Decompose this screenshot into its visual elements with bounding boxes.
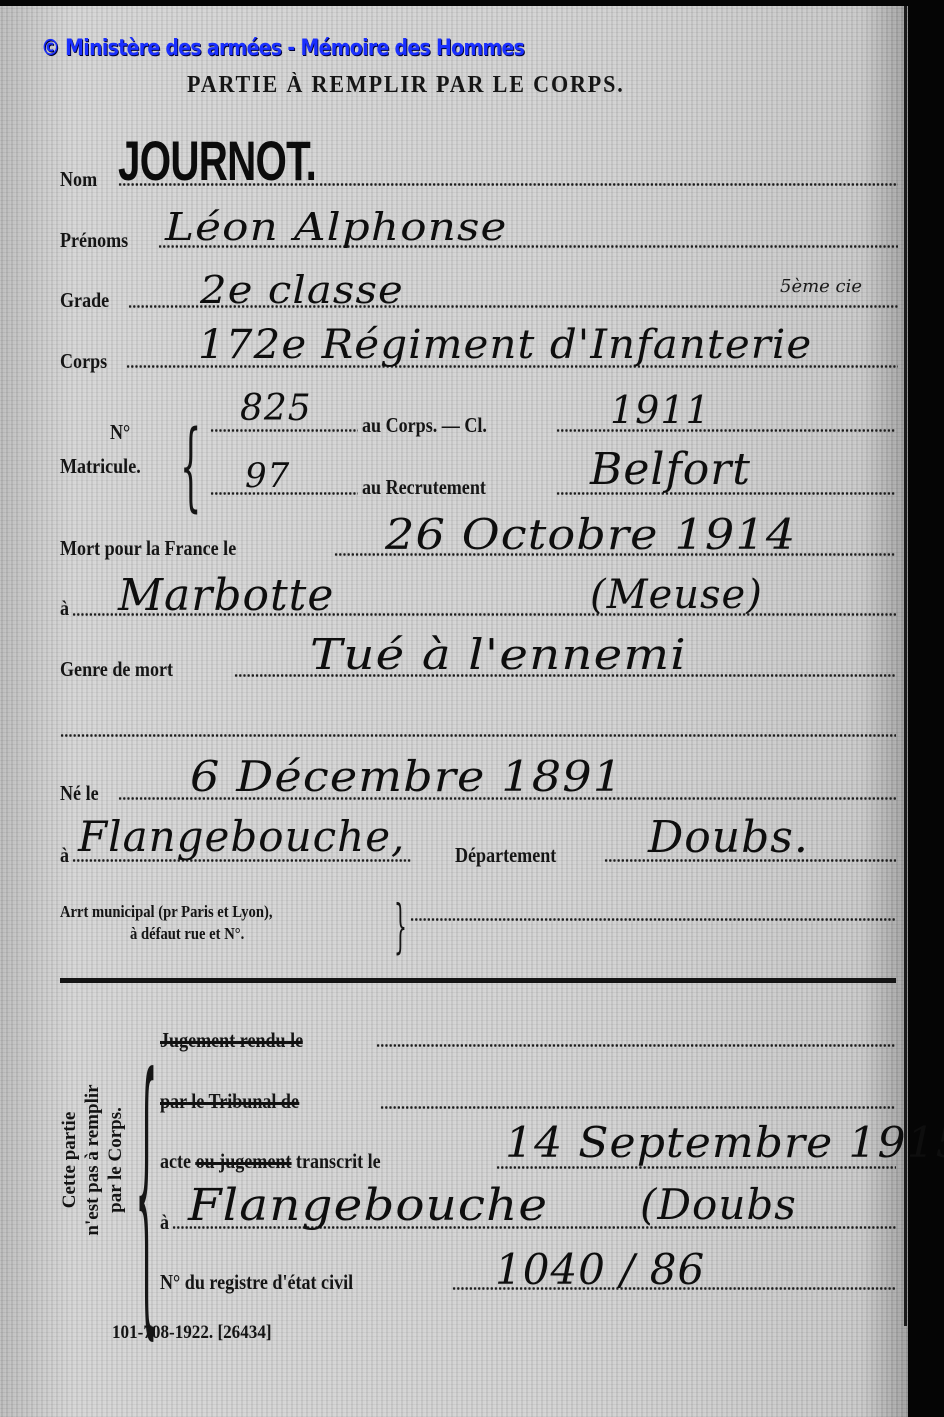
- acte-lieu-departement: (Doubs: [640, 1180, 797, 1229]
- mort-lieu-value: Marbotte: [118, 570, 334, 621]
- departement-value: Doubs.: [648, 812, 809, 863]
- acte-lieu-value: Flangebouche: [188, 1180, 548, 1231]
- genre-mort-label: Genre de mort: [60, 657, 173, 682]
- arrondissement-label: Arrt municipal (pr Paris et Lyon),: [60, 902, 273, 922]
- arrondissement-label-2: à défaut rue et N°.: [130, 924, 244, 944]
- nom-label: Nom: [60, 167, 97, 192]
- classe-value: 1911: [610, 388, 711, 432]
- matricule-corps-line: [210, 429, 358, 432]
- form-header: PARTIE À REMPLIR PAR LE CORPS.: [187, 72, 625, 99]
- prenoms-value: Léon Alphonse: [165, 205, 508, 249]
- blank-line: [60, 734, 896, 737]
- matricule-brace: {: [180, 410, 201, 522]
- recrutement-place: Belfort: [590, 444, 751, 495]
- ne-lieu-value: Flangebouche,: [78, 812, 405, 861]
- jugement-label: Jugement rendu le: [160, 1028, 303, 1053]
- mort-date-value: 26 Octobre 1914: [385, 510, 796, 559]
- recrutement-label: au Recrutement: [362, 475, 486, 500]
- mort-date-label: Mort pour la France le: [60, 536, 236, 561]
- acte-lieu-label: à: [160, 1210, 169, 1235]
- registre-value: 1040 / 86: [495, 1245, 705, 1294]
- departement-label: Département: [455, 843, 556, 868]
- side-note-line-3: par le Corps.: [104, 1060, 127, 1260]
- copyright-watermark: © Ministère des armées - Mémoire des Hom…: [41, 36, 524, 61]
- tribunal-line: [380, 1106, 896, 1109]
- jugement-line: [376, 1044, 896, 1047]
- grade-label: Grade: [60, 288, 109, 313]
- arrondissement-brace: }: [394, 892, 407, 960]
- side-note-line-2: n'est pas à remplir: [81, 1060, 104, 1260]
- side-note: Cette partie n'est pas à remplir par le …: [58, 1060, 138, 1260]
- ne-lieu-label: à: [60, 843, 69, 868]
- matricule-corps-number: 825: [240, 388, 312, 429]
- ne-le-label: Né le: [60, 781, 99, 806]
- matricule-label: Matricule.: [60, 454, 141, 479]
- section-divider: [60, 978, 896, 983]
- acte-date-value: 14 Septembre 1915: [505, 1118, 944, 1167]
- grade-value: 2e classe: [200, 268, 404, 312]
- classe-line: [556, 429, 896, 432]
- registre-label: N° du registre d'état civil: [160, 1270, 353, 1295]
- corps-label: Corps: [60, 349, 107, 374]
- mort-lieu-label: à: [60, 596, 69, 621]
- prenoms-label: Prénoms: [60, 228, 128, 253]
- side-note-line-1: Cette partie: [58, 1060, 81, 1260]
- acte-label: acte ou jugement transcrit le: [160, 1149, 381, 1174]
- corps-value: 172e Régiment d'Infanterie: [198, 322, 812, 368]
- matricule-corps-label: au Corps. — Cl.: [362, 413, 487, 438]
- genre-mort-value: Tué à l'ennemi: [310, 630, 687, 679]
- grade-annotation: 5ème cie: [780, 276, 862, 297]
- matricule-label-no: N°: [110, 420, 130, 445]
- section2-brace: {: [135, 1015, 158, 1364]
- arrondissement-line: [410, 918, 896, 921]
- print-reference: 101-708-1922. [26434]: [112, 1322, 272, 1344]
- ne-le-value: 6 Décembre 1891: [190, 752, 623, 801]
- matricule-recrutement-number: 97: [245, 456, 290, 496]
- tribunal-label: par le Tribunal de: [160, 1089, 299, 1114]
- nom-value: JOURNOT.: [118, 128, 316, 193]
- mort-lieu-departement: (Meuse): [590, 572, 763, 618]
